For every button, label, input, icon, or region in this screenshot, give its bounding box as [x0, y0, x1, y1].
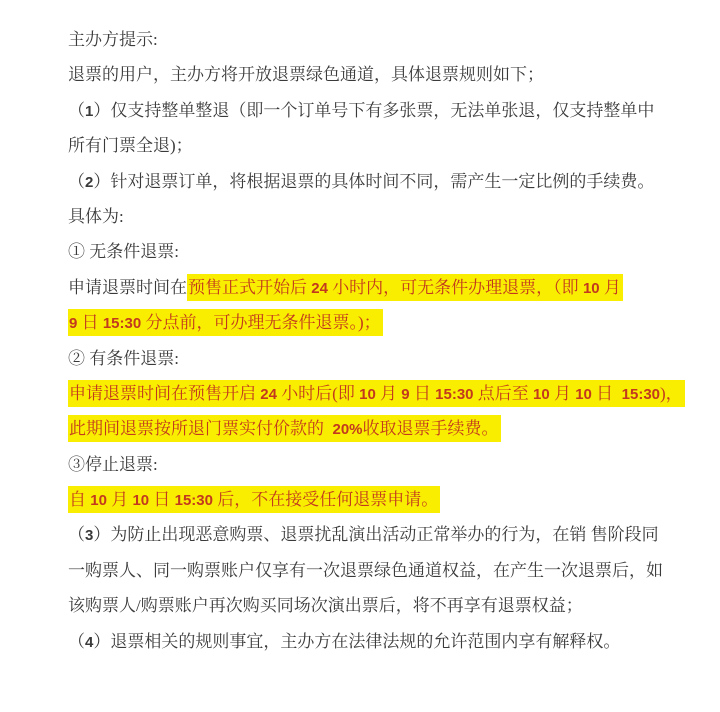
text-run: ③停止退票:: [68, 455, 158, 474]
text-run: 日: [77, 313, 103, 332]
highlighted-text: 9 日 15:30 分点前，可办理无条件退票。)；: [68, 309, 383, 336]
text-run: 小时内，可无条件办理退票，（即: [328, 278, 583, 297]
text-run: 该购票人/购票账户再次购买同场次演出票后，将不再享有退票权益；: [68, 596, 583, 615]
text-run: （: [68, 172, 85, 191]
text-run: 分点前，可办理无条件退票。)；: [141, 313, 380, 332]
text-run: 日: [149, 490, 175, 509]
text-segment: 主办方提示:: [68, 30, 158, 49]
document-body: 主办方提示:退票的用户，主办方将开放退票绿色通道，具体退票规则如下；（1）仅支持…: [0, 0, 720, 659]
text-segment: （3）为防止出现恶意购票、退票扰乱演出活动正常举办的行为，在销 售阶段同: [68, 525, 659, 544]
text-run: （: [68, 632, 85, 651]
number-text: 10: [575, 386, 592, 403]
text-line: （3）为防止出现恶意购票、退票扰乱演出活动正常举办的行为，在销 售阶段同: [68, 517, 664, 552]
text-run: ② 有条件退票:: [68, 349, 179, 368]
text-line: 具体为:: [68, 199, 664, 234]
text-run: 退票的用户，主办方将开放退票绿色通道，具体退票规则如下；: [68, 65, 544, 84]
text-line: ③停止退票:: [68, 447, 664, 482]
text-line: 所有门票全退)；: [68, 128, 664, 163]
text-segment: ② 有条件退票:: [68, 349, 179, 368]
text-run: ）退票相关的规则事宜，主办方在法律法规的允许范围内享有解释权。: [93, 632, 620, 651]
text-line: 自 10 月 10 日 15:30 后，不在接受任何退票申请。: [68, 482, 664, 517]
text-line: 主办方提示:: [68, 22, 664, 57]
text-segment: ③停止退票:: [68, 455, 158, 474]
number-text: 10: [132, 492, 149, 509]
text-run: ）为防止出现恶意购票、退票扰乱演出活动正常举办的行为，在销 售阶段同: [93, 525, 658, 544]
highlighted-text: 此期间退票按所退门票实付价款的 20%收取退票手续费。: [68, 415, 501, 442]
text-run: ① 无条件退票:: [68, 242, 179, 261]
number-text: 15:30: [622, 386, 660, 403]
text-run: 申请退票时间在: [68, 278, 187, 297]
text-run: ）仅支持整单整退（即一个订单号下有多张票，无法单张退，仅支持整单中: [93, 101, 654, 120]
text-line: 此期间退票按所退门票实付价款的 20%收取退票手续费。: [68, 411, 664, 446]
highlighted-text: 预售正式开始后 24 小时内，可无条件办理退票，（即 10 月: [187, 274, 623, 301]
number-text: 15:30: [435, 386, 473, 403]
number-text: 10: [359, 386, 376, 403]
text-line: 退票的用户，主办方将开放退票绿色通道，具体退票规则如下；: [68, 57, 664, 92]
document-page: 主办方提示:退票的用户，主办方将开放退票绿色通道，具体退票规则如下；（1）仅支持…: [0, 0, 720, 712]
number-text: 10: [583, 280, 600, 297]
text-line: （1）仅支持整单整退（即一个订单号下有多张票，无法单张退，仅支持整单中: [68, 93, 664, 128]
number-text: 24: [311, 280, 328, 297]
text-run: 日: [592, 384, 622, 403]
text-run: )，: [660, 384, 683, 403]
text-line: 申请退票时间在预售正式开始后 24 小时内，可无条件办理退票，（即 10 月: [68, 270, 664, 305]
text-segment: 该购票人/购票账户再次购买同场次演出票后，将不再享有退票权益；: [68, 596, 583, 615]
text-run: 申请退票时间在预售开启: [69, 384, 260, 403]
text-segment: 具体为:: [68, 207, 124, 226]
text-line: （4）退票相关的规则事宜，主办方在法律法规的允许范围内享有解释权。: [68, 624, 664, 659]
number-text: 10: [90, 492, 107, 509]
text-run: 具体为:: [68, 207, 124, 226]
text-segment: （1）仅支持整单整退（即一个订单号下有多张票，无法单张退，仅支持整单中: [68, 101, 654, 120]
number-text: 20%: [333, 421, 363, 438]
text-segment: 退票的用户，主办方将开放退票绿色通道，具体退票规则如下；: [68, 65, 544, 84]
number-text: 15:30: [103, 315, 141, 332]
text-segment: ① 无条件退票:: [68, 242, 179, 261]
text-run: 后，不在接受任何退票申请。: [213, 490, 438, 509]
text-run: 月: [550, 384, 576, 403]
text-run: （: [68, 101, 85, 120]
number-text: 9: [401, 386, 409, 403]
highlighted-text: 申请退票时间在预售开启 24 小时后(即 10 月 9 日 15:30 点后至 …: [68, 380, 685, 407]
text-run: 所有门票全退)；: [68, 136, 193, 155]
text-segment: 申请退票时间在: [68, 278, 187, 297]
number-text: 24: [260, 386, 277, 403]
text-line: 一购票人、同一购票账户仅享有一次退票绿色通道权益，在产生一次退票后，如: [68, 553, 664, 588]
text-line: ① 无条件退票:: [68, 234, 664, 269]
text-segment: （4）退票相关的规则事宜，主办方在法律法规的允许范围内享有解释权。: [68, 632, 620, 651]
text-run: 预售正式开始后: [188, 278, 311, 297]
text-segment: （2）针对退票订单，将根据退票的具体时间不同，需产生一定比例的手续费。: [68, 172, 654, 191]
text-line: 9 日 15:30 分点前，可办理无条件退票。)；: [68, 305, 664, 340]
text-run: 日: [410, 384, 436, 403]
number-text: 10: [533, 386, 550, 403]
text-segment: 一购票人、同一购票账户仅享有一次退票绿色通道权益，在产生一次退票后，如: [68, 561, 663, 580]
text-run: 此期间退票按所退门票实付价款的: [69, 419, 333, 438]
number-text: 15:30: [175, 492, 213, 509]
text-run: 点后至: [474, 384, 534, 403]
text-run: 月: [107, 490, 133, 509]
text-run: 收取退票手续费。: [363, 419, 499, 438]
text-run: （: [68, 525, 85, 544]
text-line: ② 有条件退票:: [68, 341, 664, 376]
highlighted-text: 自 10 月 10 日 15:30 后，不在接受任何退票申请。: [68, 486, 440, 513]
text-run: 小时后(即: [277, 384, 359, 403]
text-run: 主办方提示:: [68, 30, 158, 49]
text-line: 申请退票时间在预售开启 24 小时后(即 10 月 9 日 15:30 点后至 …: [68, 376, 664, 411]
text-run: 自: [69, 490, 90, 509]
text-line: 该购票人/购票账户再次购买同场次演出票后，将不再享有退票权益；: [68, 588, 664, 623]
text-run: 月: [376, 384, 402, 403]
text-run: 一购票人、同一购票账户仅享有一次退票绿色通道权益，在产生一次退票后，如: [68, 561, 663, 580]
text-segment: 所有门票全退)；: [68, 136, 193, 155]
text-run: 月: [600, 278, 621, 297]
text-line: （2）针对退票订单，将根据退票的具体时间不同，需产生一定比例的手续费。: [68, 164, 664, 199]
text-run: ）针对退票订单，将根据退票的具体时间不同，需产生一定比例的手续费。: [93, 172, 654, 191]
